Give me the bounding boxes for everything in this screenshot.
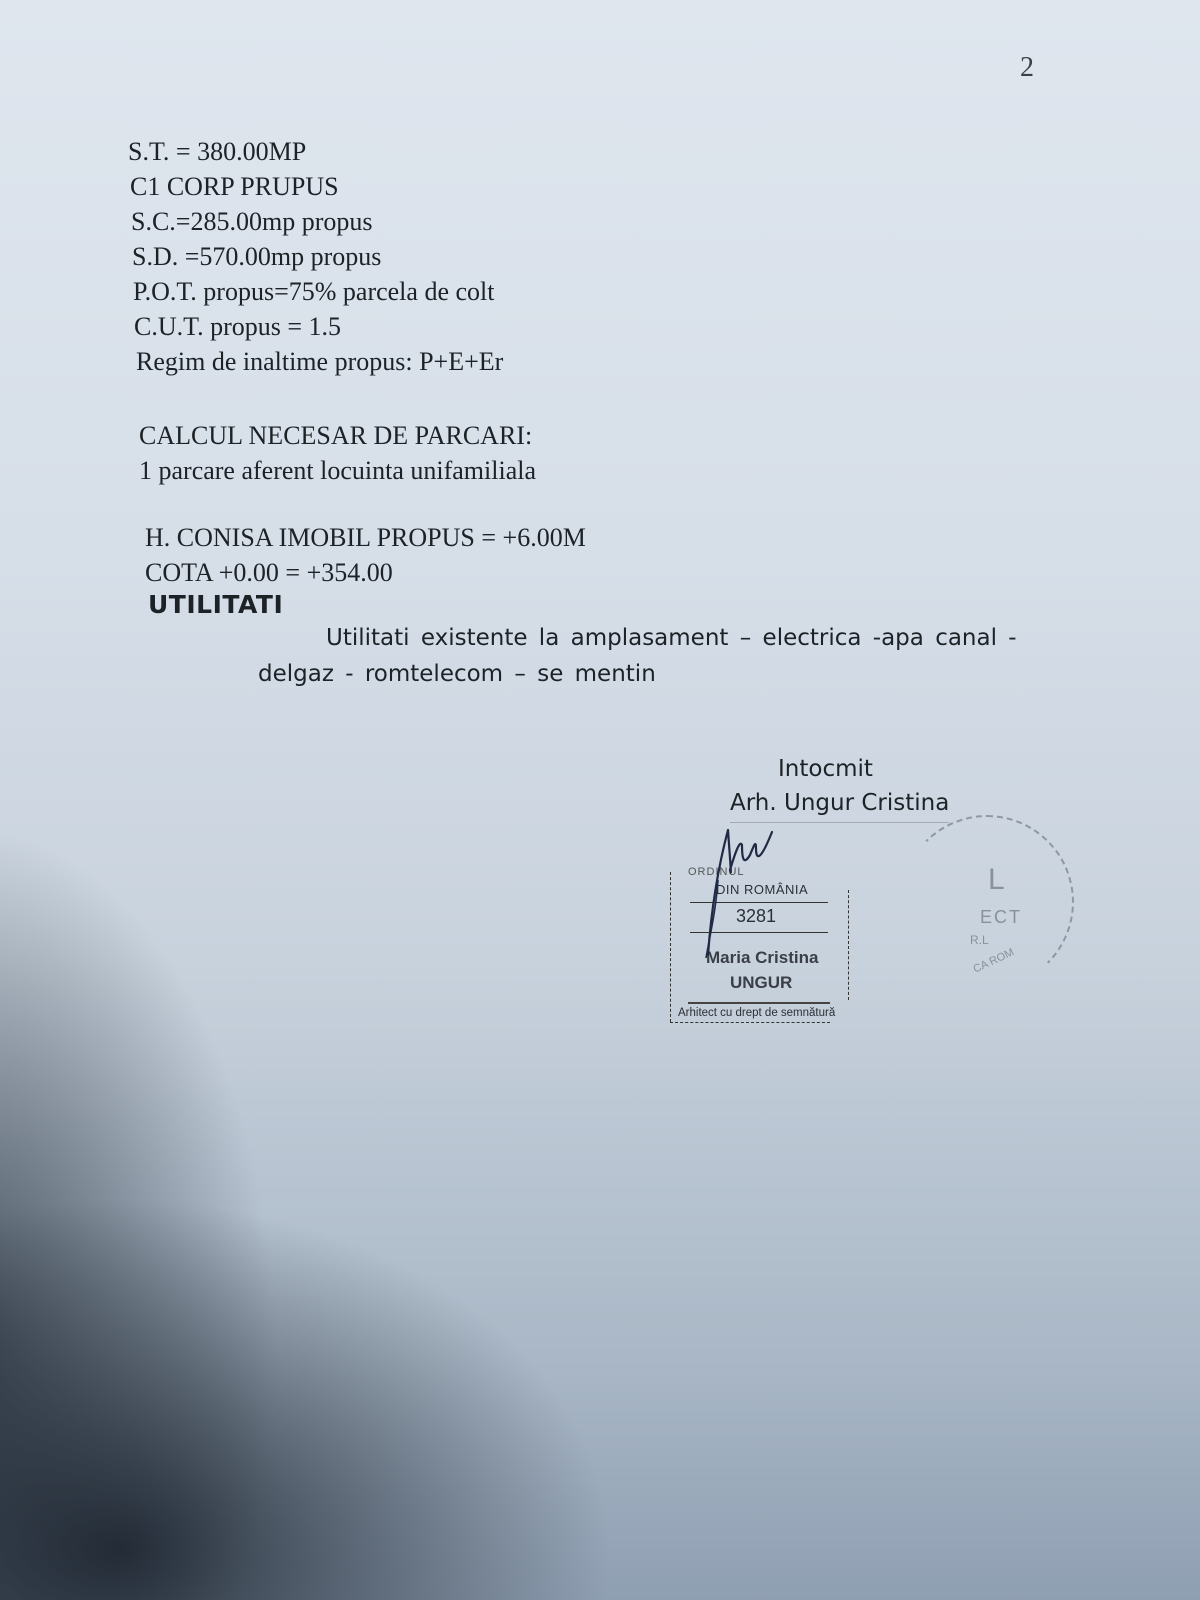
stamp-border: [670, 1022, 830, 1024]
parking-heading: CALCUL NECESAR DE PARCARI:: [139, 418, 536, 453]
company-round-stamp: L ECT R.L CA ROM: [960, 815, 1070, 985]
stamp-border: [848, 890, 850, 1000]
round-stamp-text: R.L: [970, 933, 989, 947]
stamp-last-name: UNGUR: [730, 973, 792, 993]
page-number: 2: [1020, 52, 1034, 84]
total-area: S.T. = 380.00MP: [128, 134, 503, 169]
round-stamp-text: ECT: [980, 907, 1022, 928]
building-body: C1 CORP PRUPUS: [130, 169, 503, 204]
prepared-label: Intocmit: [778, 752, 949, 786]
utilities-text: Utilitati existente la amplasament – ele…: [258, 620, 1058, 692]
urban-indicators: S.T. = 380.00MP C1 CORP PRUPUS S.C.=285.…: [128, 134, 503, 379]
round-stamp-text: L: [988, 863, 1005, 897]
cornice-height: H. CONISA IMOBIL PROPUS = +6.00M: [145, 520, 586, 555]
parking-section: CALCUL NECESAR DE PARCARI: 1 parcare afe…: [139, 418, 536, 488]
height-regime: Regim de inaltime propus: P+E+Er: [136, 344, 503, 379]
signoff: Intocmit Arh. Ungur Cristina: [730, 752, 949, 823]
author-name: Arh. Ungur Cristina: [730, 786, 949, 823]
cut-indicator: C.U.T. propus = 1.5: [134, 309, 503, 344]
signature-icon: [690, 820, 810, 960]
utilities-line-1: Utilitati existente la amplasament – ele…: [326, 625, 1017, 651]
stamp-role: Arhitect cu drept de semnătură: [678, 1007, 835, 1019]
elevation-section: H. CONISA IMOBIL PROPUS = +6.00M COTA +0…: [145, 520, 586, 590]
built-area: S.C.=285.00mp propus: [131, 204, 503, 239]
pot-indicator: P.O.T. propus=75% parcela de colt: [133, 274, 503, 309]
utilities-heading: UTILITATI: [148, 590, 283, 619]
stamp-border: [670, 872, 672, 1022]
developed-area: S.D. =570.00mp propus: [132, 239, 503, 274]
parking-text: 1 parcare aferent locuinta unifamiliala: [139, 453, 536, 488]
utilities-line-2: delgaz - romtelecom – se mentin: [258, 661, 656, 687]
stamp-divider: [688, 1002, 830, 1004]
reference-level: COTA +0.00 = +354.00: [145, 555, 586, 590]
